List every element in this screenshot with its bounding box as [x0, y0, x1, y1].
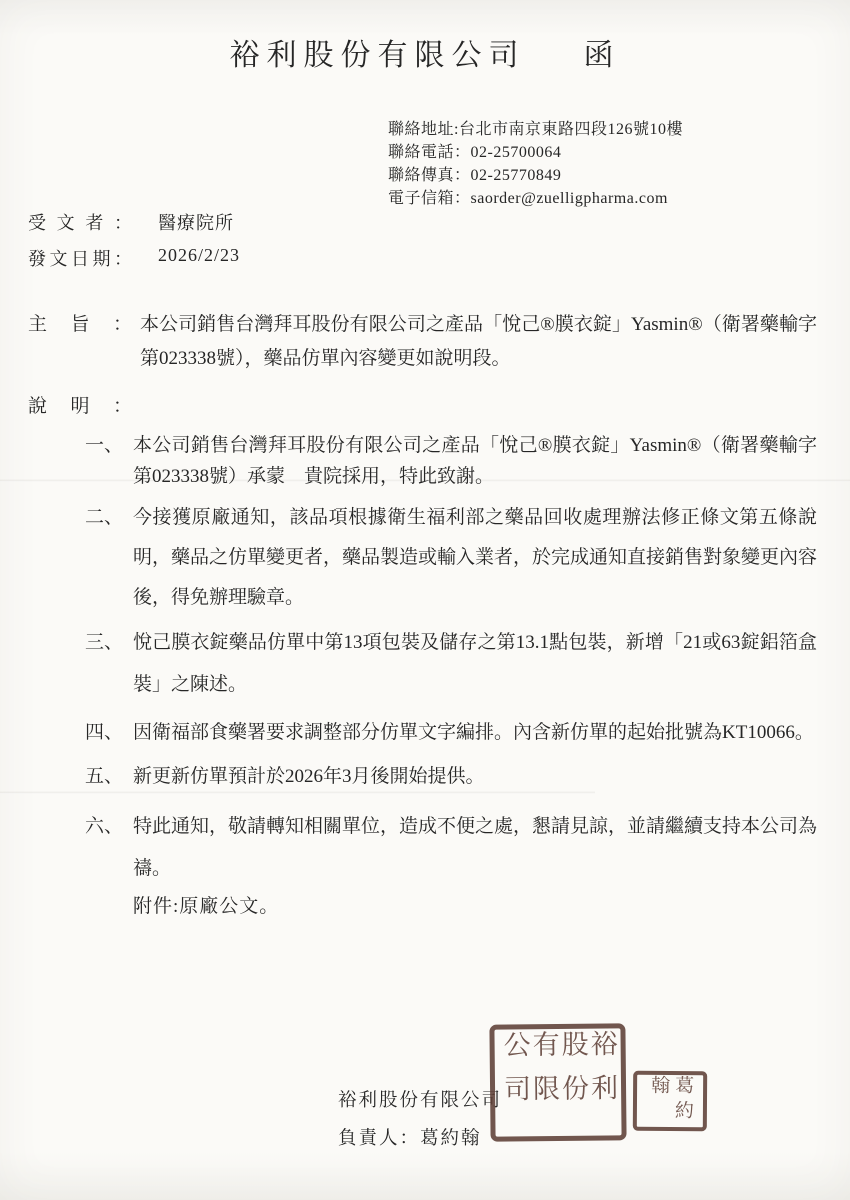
issue-date-row: 發文日期： 2026/2/23: [28, 245, 240, 271]
contact-email: 電子信箱：saorder@zuelligpharma.com: [388, 187, 683, 210]
item-text: 本公司銷售台灣拜耳股份有限公司之產品「悅己®膜衣錠」Yasmin®（衛署藥輸字第…: [133, 430, 817, 492]
contact-block: 聯絡地址:台北市南京東路四段126號10樓 聯絡電話：02-25700064 聯…: [388, 118, 683, 210]
recipient-label: 受文者：: [28, 209, 132, 235]
list-item: 五、 新更新仿單預計於2026年3月後開始提供。: [28, 756, 817, 798]
attachment-note: 附件:原廠公文。: [133, 886, 817, 928]
signature-company: 裕利股份有限公司: [338, 1082, 502, 1120]
subject-label: 主旨：: [28, 308, 132, 376]
item-text: 特此通知，敬請轉知相關單位，造成不便之處，懇請見諒，並請繼續支持本公司為禱。: [133, 806, 817, 890]
subject-text: 本公司銷售台灣拜耳股份有限公司之產品「悅己®膜衣錠」Yasmin®（衛署藥輸字第…: [140, 308, 817, 376]
list-item: 四、 因衛福部食藥署要求調整部分仿單文字編排。內含新仿單的起始批號為KT1006…: [28, 712, 817, 754]
company-seal: 裕利股份有限公司: [489, 1023, 626, 1141]
signer-seal: 葛約翰: [633, 1071, 707, 1132]
item-number: 二、: [85, 498, 133, 618]
list-item: 二、 今接獲原廠通知，該品項根據衛生福利部之藥品回收處理辦法修正條文第五條說明，…: [28, 498, 817, 618]
contact-address: 聯絡地址:台北市南京東路四段126號10樓: [388, 118, 683, 141]
subject-section: 主旨： 本公司銷售台灣拜耳股份有限公司之產品「悅己®膜衣錠」Yasmin®（衛署…: [28, 308, 817, 376]
issue-date-label: 發文日期：: [28, 245, 132, 271]
item-number: 五、: [85, 756, 133, 798]
explanation-label: 說明：: [28, 391, 132, 418]
signature-block: 裕利股份有限公司 負責人：葛約翰: [338, 1082, 502, 1158]
company-title: 裕利股份有限公司: [230, 30, 526, 74]
list-item: 一、 本公司銷售台灣拜耳股份有限公司之產品「悅己®膜衣錠」Yasmin®（衛署藥…: [28, 430, 817, 492]
doc-type-label: 函: [584, 30, 621, 74]
item-text: 新更新仿單預計於2026年3月後開始提供。: [133, 756, 817, 798]
company-seal-text: 裕利股份有限公司: [499, 1029, 616, 1136]
item-number: 三、: [85, 622, 133, 706]
contact-fax: 聯絡傳真：02-25770849: [388, 164, 683, 187]
signer-seal-text: 葛約翰: [646, 1075, 694, 1127]
explanation-items: 一、 本公司銷售台灣拜耳股份有限公司之產品「悅己®膜衣錠」Yasmin®（衛署藥…: [28, 430, 817, 928]
item-number: 六、: [85, 806, 133, 890]
contact-phone: 聯絡電話：02-25700064: [388, 141, 683, 164]
list-item: 六、 特此通知，敬請轉知相關單位，造成不便之處，懇請見諒，並請繼續支持本公司為禱…: [28, 806, 817, 890]
item-number: 四、: [85, 712, 133, 754]
recipient-row: 受文者： 醫療院所: [28, 209, 234, 235]
item-text: 因衛福部食藥署要求調整部分仿單文字編排。內含新仿單的起始批號為KT10066。: [133, 712, 817, 754]
letter-title-row: 裕利股份有限公司 函: [0, 30, 850, 74]
item-text: 悅己膜衣錠藥品仿單中第13項包裝及儲存之第13.1點包裝，新增「21或63錠鋁箔…: [133, 622, 817, 706]
signature-responsible: 負責人：葛約翰: [338, 1120, 502, 1158]
recipient-value: 醫療院所: [158, 209, 234, 235]
scanned-letter-page: 裕利股份有限公司 函 聯絡地址:台北市南京東路四段126號10樓 聯絡電話：02…: [0, 0, 850, 1200]
item-text: 今接獲原廠通知，該品項根據衛生福利部之藥品回收處理辦法修正條文第五條說明，藥品之…: [133, 498, 817, 618]
item-number: 一、: [85, 430, 133, 492]
issue-date-value: 2026/2/23: [158, 245, 240, 271]
list-item: 三、 悅己膜衣錠藥品仿單中第13項包裝及儲存之第13.1點包裝，新增「21或63…: [28, 622, 817, 706]
